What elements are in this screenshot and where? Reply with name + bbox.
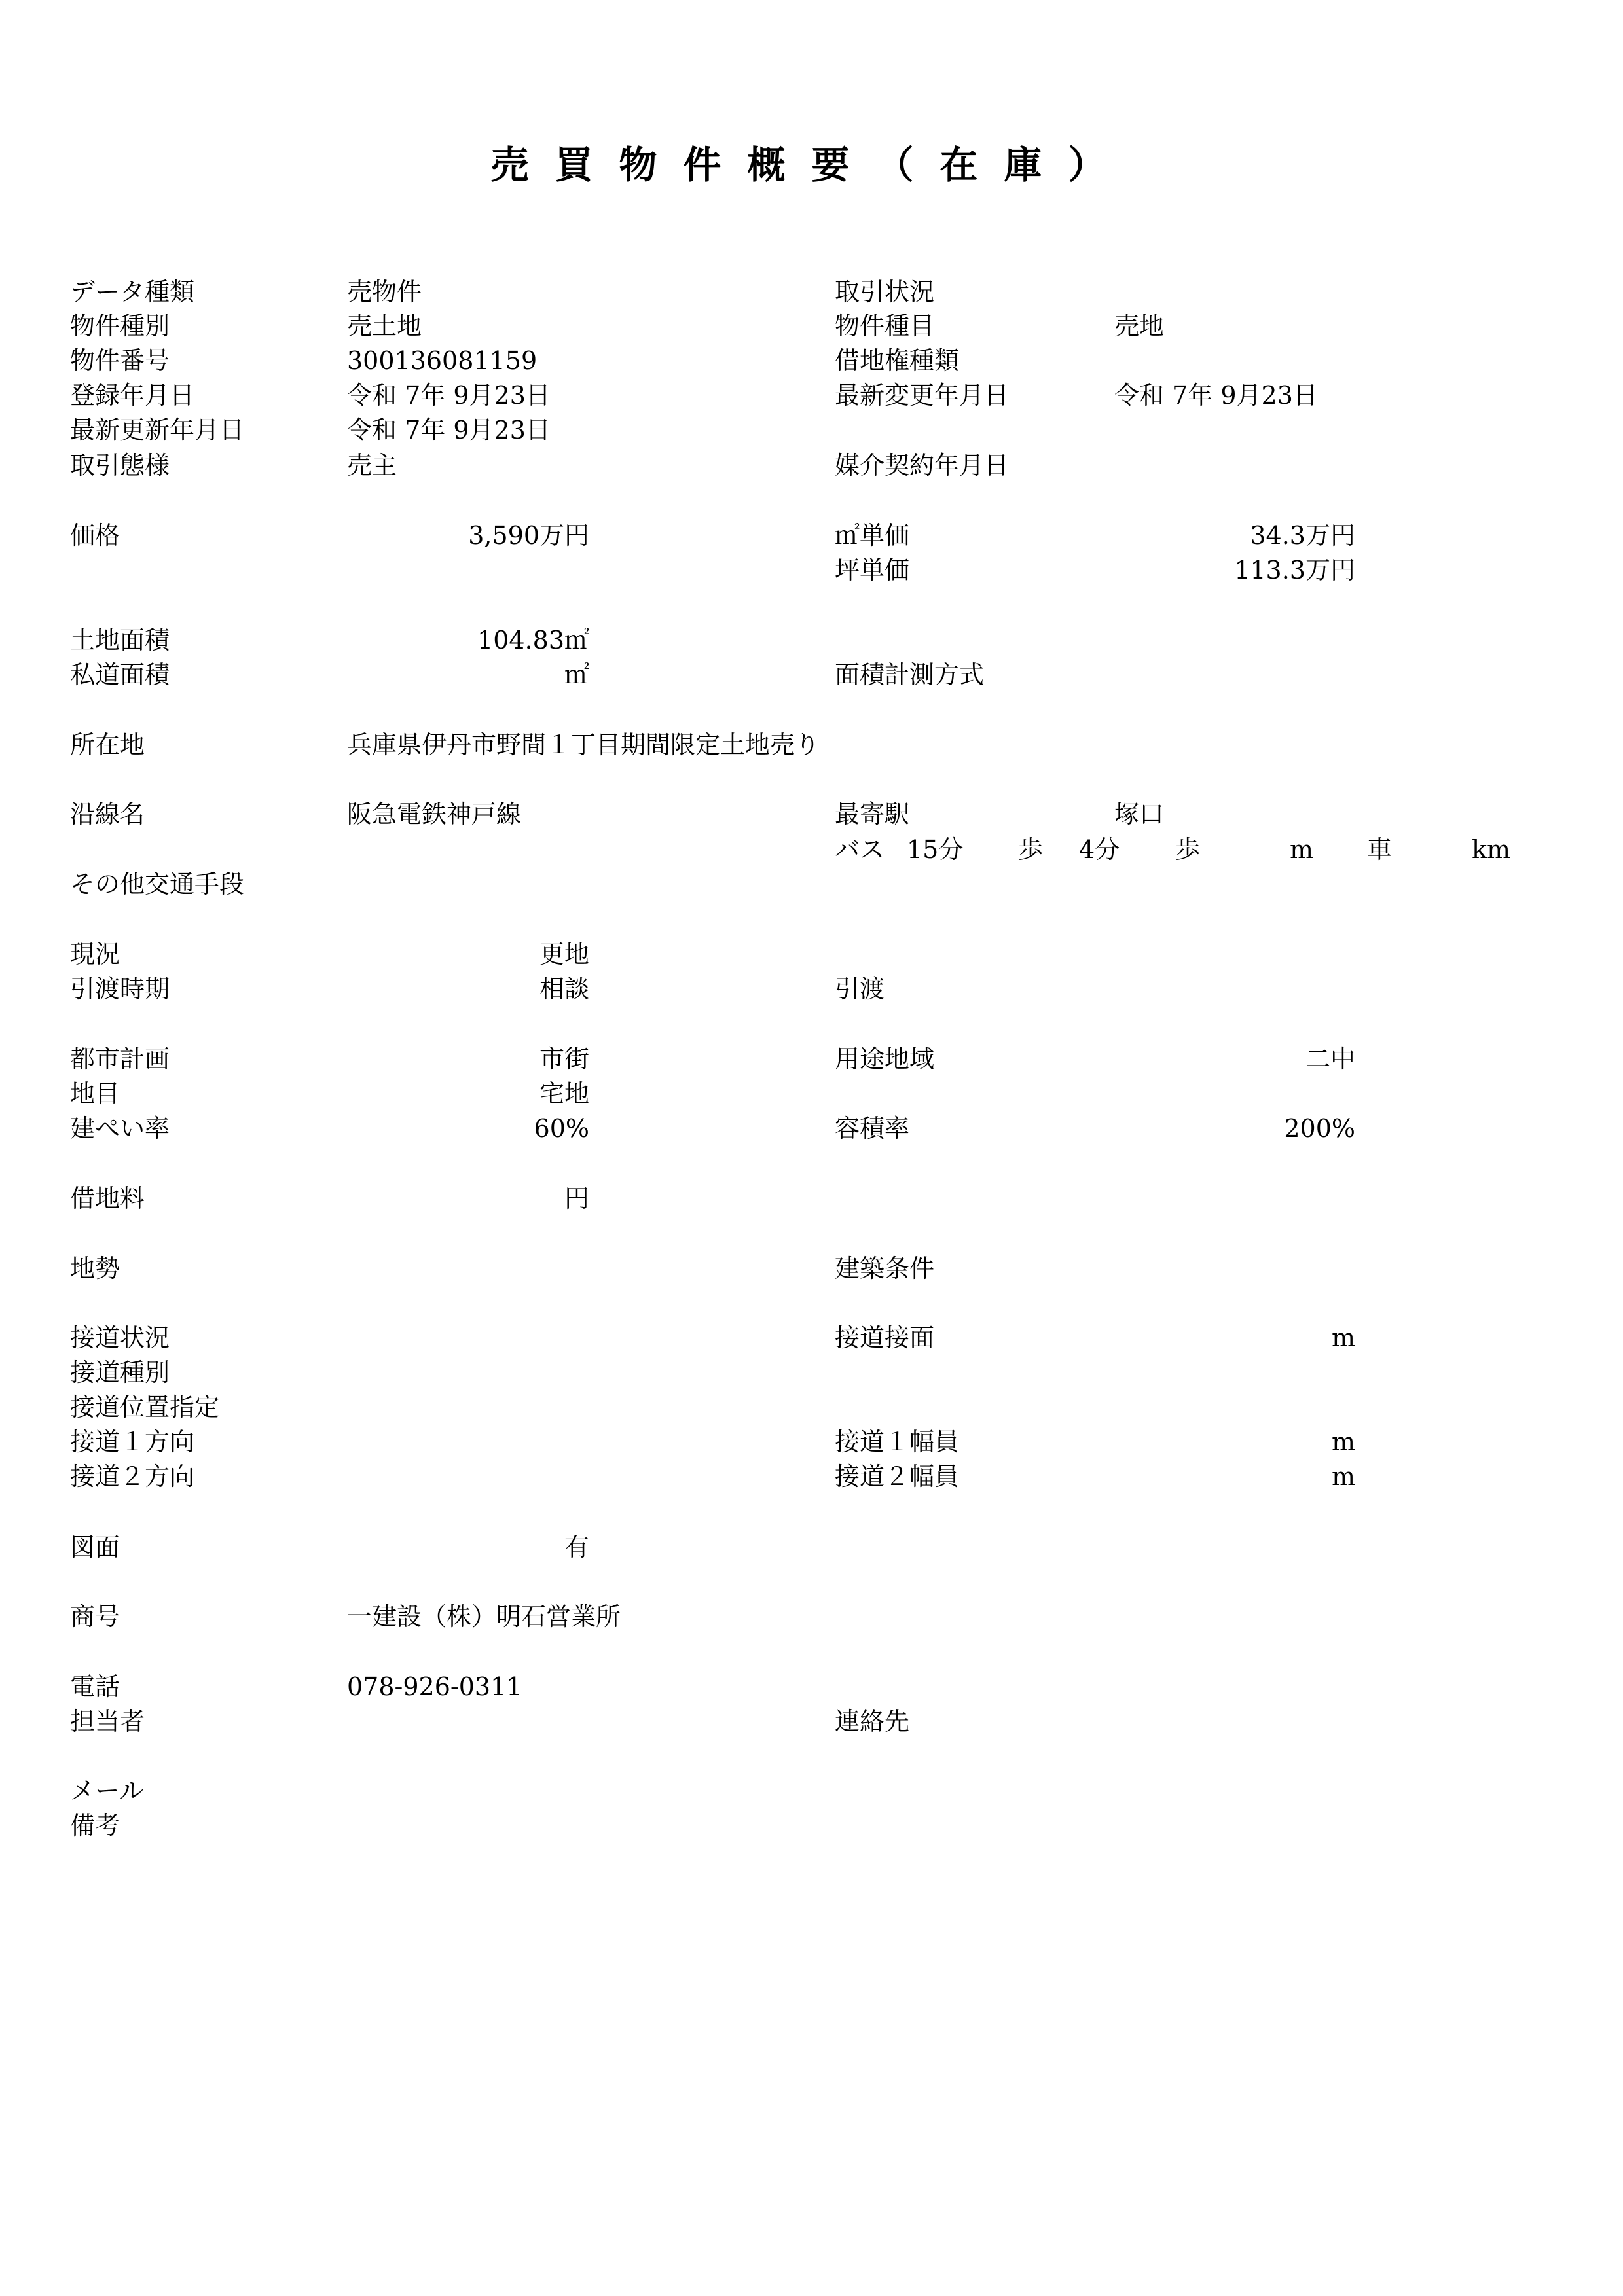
- property-no-label: 物件番号: [70, 344, 170, 378]
- road-frontage-label: 接道接面: [835, 1321, 934, 1355]
- line-label: 沿線名: [70, 797, 145, 831]
- company-name-label: 商号: [70, 1600, 120, 1634]
- road-designation-label: 接道位置指定: [70, 1390, 219, 1424]
- other-transport-label: その他交通手段: [70, 867, 244, 901]
- line-value: 阪急電鉄神戸線: [347, 797, 521, 831]
- road-dir2-label: 接道２方向: [70, 1460, 194, 1494]
- station-label: 最寄駅: [835, 797, 909, 831]
- mail-label: メール: [70, 1774, 144, 1808]
- walk1-label: 歩: [1018, 833, 1043, 867]
- walk1-value: 4分: [1079, 833, 1120, 867]
- transaction-mode-value: 売主: [347, 448, 397, 482]
- road-status-label: 接道状況: [70, 1321, 170, 1355]
- changed-label: 最新変更年月日: [835, 378, 1009, 412]
- bus-label: バス: [835, 833, 884, 867]
- property-type-label: 物件種別: [70, 309, 170, 343]
- drawing-label: 図面: [70, 1530, 120, 1564]
- land-area-label: 土地面積: [70, 623, 170, 657]
- phone-label: 電話: [70, 1670, 120, 1704]
- leasehold-type-label: 借地権種類: [835, 344, 959, 378]
- car-label: 車: [1367, 833, 1392, 867]
- road-width2-label: 接道２幅員: [835, 1460, 959, 1494]
- sqm-unit-label: ㎡単価: [835, 518, 909, 552]
- use-district-label: 用途地域: [835, 1042, 934, 1076]
- private-road-label: 私道面積: [70, 658, 170, 692]
- road-frontage-value: m: [1159, 1321, 1355, 1355]
- location-label: 所在地: [70, 728, 145, 762]
- walk2-unit: m: [1290, 833, 1313, 867]
- transaction-mode-label: 取引態様: [70, 448, 170, 482]
- land-category-label: 地目: [70, 1077, 120, 1111]
- private-road-value: ㎡: [393, 658, 589, 692]
- property-no-value: 300136081159: [347, 344, 537, 378]
- registered-label: 登録年月日: [70, 378, 194, 412]
- handover-time-label: 引渡時期: [70, 972, 170, 1006]
- data-type-value: 売物件: [347, 275, 422, 309]
- road-width2-value: m: [1159, 1460, 1355, 1494]
- use-district-value: 二中: [1159, 1042, 1355, 1076]
- handover-label: 引渡: [835, 972, 884, 1006]
- drawing-value: 有: [393, 1530, 589, 1564]
- property-type-value: 売土地: [347, 309, 422, 343]
- lease-fee-label: 借地料: [70, 1181, 145, 1215]
- walk2-label: 歩: [1175, 833, 1200, 867]
- updated-label: 最新更新年月日: [70, 413, 244, 447]
- station-value: 塚口: [1114, 797, 1164, 831]
- current-status-label: 現況: [70, 937, 120, 971]
- road-width1-value: m: [1159, 1425, 1355, 1459]
- tsubo-unit-label: 坪単価: [835, 553, 909, 587]
- build-condition-label: 建築条件: [835, 1251, 934, 1285]
- city-plan-value: 市街: [393, 1042, 589, 1076]
- sqm-unit-value: 34.3万円: [1159, 518, 1355, 552]
- city-plan-label: 都市計画: [70, 1042, 170, 1076]
- price-value: 3,590万円: [393, 518, 589, 552]
- company-name-value: 一建設（株）明石営業所: [347, 1600, 621, 1634]
- car-unit: km: [1472, 833, 1510, 867]
- handover-time-value: 相談: [393, 972, 589, 1006]
- data-type-label: データ種類: [70, 275, 194, 309]
- road-type-label: 接道種別: [70, 1355, 170, 1390]
- land-category-value: 宅地: [393, 1077, 589, 1111]
- phone-value: 078-926-0311: [347, 1670, 522, 1704]
- updated-value: 令和 7年 9月23日: [347, 413, 551, 447]
- far-label: 容積率: [835, 1111, 909, 1145]
- measure-method-label: 面積計測方式: [835, 658, 984, 692]
- property-item-value: 売地: [1114, 309, 1164, 343]
- property-item-label: 物件種目: [835, 309, 934, 343]
- person-label: 担当者: [70, 1704, 145, 1738]
- page-title: 売買物件概要（在庫）: [0, 134, 1623, 189]
- road-width1-label: 接道１幅員: [835, 1425, 959, 1459]
- coverage-label: 建ぺい率: [70, 1111, 170, 1145]
- tsubo-unit-value: 113.3万円: [1159, 553, 1355, 587]
- current-status-value: 更地: [393, 937, 589, 971]
- land-area-value: 104.83㎡: [393, 623, 589, 657]
- lease-fee-value: 円: [393, 1181, 589, 1215]
- far-value: 200%: [1159, 1111, 1355, 1145]
- terrain-label: 地勢: [70, 1251, 120, 1285]
- transaction-status-label: 取引状況: [835, 275, 934, 309]
- notes-label: 備考: [70, 1808, 120, 1842]
- road-dir1-label: 接道１方向: [70, 1425, 194, 1459]
- brokerage-date-label: 媒介契約年月日: [835, 448, 1009, 482]
- registered-value: 令和 7年 9月23日: [347, 378, 551, 412]
- contact-label: 連絡先: [835, 1704, 909, 1738]
- location-value: 兵庫県伊丹市野間１丁目期間限定土地売り: [347, 728, 820, 762]
- price-label: 価格: [70, 518, 120, 552]
- coverage-value: 60%: [393, 1111, 589, 1145]
- changed-value: 令和 7年 9月23日: [1114, 378, 1318, 412]
- bus-value: 15分: [907, 833, 963, 867]
